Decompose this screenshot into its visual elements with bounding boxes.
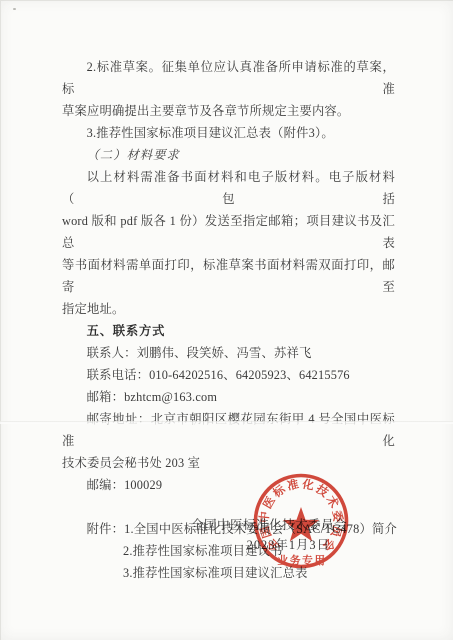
paragraph-line: 指定地址。 bbox=[62, 298, 395, 320]
official-seal: 全国中医标准化技术委员会 业务专用 bbox=[249, 469, 353, 573]
paragraph-line: 等书面材料需单面打印，标准草案书面材料需双面打印，邮寄至 bbox=[62, 254, 395, 298]
section-heading: 五、联系方式 bbox=[62, 320, 395, 342]
document-page: 2.标准草案。征集单位应认真准备所申请标准的草案，标准 草案应明确提出主要章节及… bbox=[0, 0, 453, 640]
paragraph-line: 2.标准草案。征集单位应认真准备所申请标准的草案，标准 bbox=[62, 56, 395, 100]
contact-person-line: 联系人：刘鹏伟、段笑娇、冯雪、苏祥飞 bbox=[62, 342, 395, 364]
paragraph-line: 草案应明确提出主要章节及各章节所规定主要内容。 bbox=[62, 100, 395, 122]
scan-speck bbox=[13, 8, 16, 10]
star-icon bbox=[283, 507, 319, 541]
scan-artifact-line bbox=[0, 421, 453, 424]
attachments-label: 附件： bbox=[87, 522, 125, 536]
mailing-address-line: 邮寄地址：北京市朝阳区樱花园东街甲 4 号全国中医标准化 bbox=[62, 408, 395, 452]
paragraph-line: 3.推荐性国家标准项目建议汇总表（附件3）。 bbox=[62, 122, 395, 144]
paragraph-line: word 版和 pdf 版各 1 份）发送至指定邮箱；项目建议书及汇总表 bbox=[62, 210, 395, 254]
subsection-heading: （二）材料要求 bbox=[62, 144, 395, 166]
seal-bottom-text: 业务专用 bbox=[277, 553, 326, 567]
contact-email-line: 邮箱：bzhtcm@163.com bbox=[62, 386, 395, 408]
paragraph-line: 以上材料需准备书面材料和电子版材料。电子版材料（包括 bbox=[62, 166, 395, 210]
contact-phone-line: 联系电话：010-64202516、64205923、64215576 bbox=[62, 364, 395, 386]
